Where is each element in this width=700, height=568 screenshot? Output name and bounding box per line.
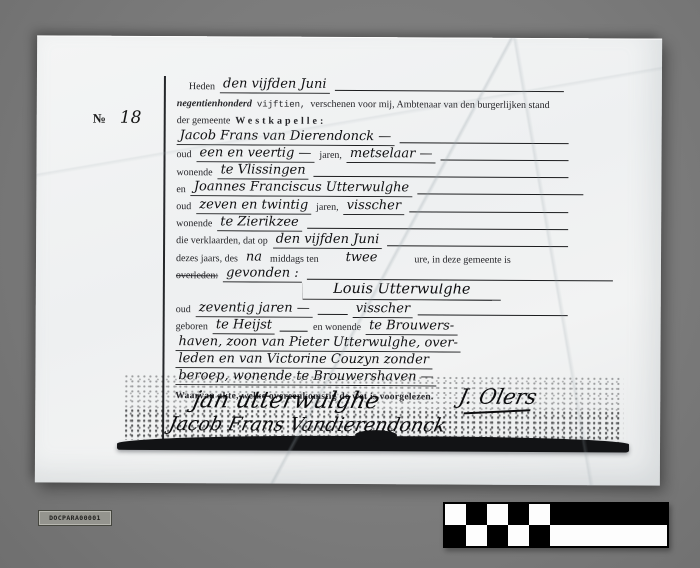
rule-fill (418, 312, 568, 316)
rule-fill (588, 198, 628, 199)
act-text-segment: en (176, 184, 186, 197)
rule-fill (314, 174, 569, 178)
act-text-segment: haven, zoon van Pieter Utterwulghe, over… (176, 335, 461, 352)
act-line: negentienhonderdvijftien,verschenen voor… (177, 93, 629, 113)
act-text-segment: dezes jaars, des (176, 253, 238, 266)
act-text-segment: den vijfden Juni (273, 232, 383, 249)
act-text-segment: zeventig jaren — (196, 301, 313, 318)
rule-fill (307, 225, 568, 229)
act-line: wonendete Vlissingen (176, 162, 628, 182)
signature-witness-2: Jacob Frans Vandierendonck (167, 413, 448, 436)
signature-witness-1: jan utterwulghe (190, 387, 382, 414)
rule-fill (385, 265, 409, 266)
act-text-segment: geboren (176, 321, 208, 334)
act-text-segment: een en veertig — (197, 146, 315, 163)
act-text-segment: Jacob Frans van Dierendonck — (177, 129, 395, 146)
act-text-segment: leden en van Victorine Couzyn zonder (175, 352, 432, 369)
rule-fill (307, 277, 613, 282)
number-sign: № (93, 111, 106, 126)
calibration-cell (550, 525, 667, 546)
act-text-segment: visscher (344, 198, 404, 214)
act-text-segment: metselaar — (347, 147, 436, 163)
calibration-cell (508, 525, 529, 546)
act-text-segment: Heden (189, 81, 215, 94)
rule-fill (387, 243, 568, 247)
act-text-segment: te Heijst (213, 318, 275, 334)
calibration-cell (508, 504, 529, 525)
act-line: die verklaarden, dat opden vijfden Juni (176, 231, 628, 251)
calibration-cell (487, 504, 508, 525)
scan-background: № 18 Hedenden vijfden Juninegentienhonde… (0, 0, 700, 568)
rule-fill (409, 209, 568, 213)
document-paper: № 18 Hedenden vijfden Juninegentienhonde… (35, 35, 662, 485)
act-text-segment: jaren, (319, 150, 342, 163)
act-text-segment: overleden: (176, 270, 218, 283)
calibration-cell (445, 525, 466, 546)
act-text-segment: wonende (176, 218, 212, 231)
rule-fill (280, 328, 308, 331)
act-text-segment: vijftien, (257, 100, 306, 112)
act-text-segment: oud (176, 304, 191, 317)
act-text-segment: twee (343, 251, 381, 266)
calibration-cell (550, 504, 667, 525)
act-text-segment: der gemeente (177, 115, 231, 128)
rule-fill (618, 284, 628, 285)
calibration-cell (529, 525, 550, 546)
act-line: overleden:gevonden : (176, 265, 628, 285)
act-line: geborente Heijsten wonendete Brouwers- (176, 317, 628, 337)
act-text-segment: verschenen voor mij, Ambtenaar van den b… (310, 99, 549, 113)
act-line: Jacob Frans van Dierendonck — (177, 128, 629, 148)
act-line: enJoannes Franciscus Utterwulghe (176, 179, 628, 199)
act-text-segment: oud (177, 150, 192, 163)
act-text-segment: ure, in deze gemeente is (414, 254, 510, 267)
calibration-cell (487, 525, 508, 546)
act-text-segment: negentienhonderd (177, 98, 252, 111)
calibration-cell (445, 504, 466, 525)
act-text-segment: Westkapelle: (235, 115, 326, 128)
act-text-segment: die verklaarden, dat op (176, 235, 268, 248)
act-line: oudzeventig jaren —visscher (176, 300, 628, 320)
catalog-label: DOCPARA00001 (38, 510, 112, 526)
signature-registrar: J. Olers (457, 385, 540, 409)
act-line: Hedenden vijfden Juni (177, 76, 629, 96)
act-text-segment: den vijfden Juni (220, 78, 330, 95)
act-line: oudeen en veertig —jaren,metselaar — (177, 145, 629, 165)
rule-fill (324, 265, 338, 266)
calibration-cell (529, 504, 550, 525)
calibration-cell (466, 525, 487, 546)
act-text-segment: te Vlissingen (218, 163, 309, 179)
act-text-segment: middags ten (270, 253, 319, 266)
rule-fill (441, 157, 569, 161)
act-text-segment: Joannes Franciscus Utterwulghe (191, 180, 412, 197)
act-line: leden en van Victorine Couzyn zonder (175, 351, 627, 371)
act-text: Hedenden vijfden Juninegentienhonderdvij… (175, 76, 629, 405)
act-number-value: 18 (120, 108, 142, 128)
act-text-segment: gevonden : (223, 267, 302, 283)
act-line: der gemeenteWestkapelle: (177, 110, 629, 130)
calibration-cell (466, 504, 487, 525)
act-line: wonendete Zierikzee (176, 214, 628, 234)
act-text-segment: oud (176, 201, 191, 214)
act-number: № 18 (93, 108, 142, 128)
act-text-segment: en wonende (313, 322, 361, 335)
act-text-segment: zeven en twintig (196, 198, 311, 215)
act-text-segment: wonende (176, 167, 212, 180)
act-line: oudzeven en twintigjaren,visscher (176, 196, 628, 216)
rule-fill (334, 88, 563, 92)
act-text-segment: Louis Utterwulghe (303, 282, 500, 301)
calibration-strip (443, 502, 669, 548)
act-line: haven, zoon van Pieter Utterwulghe, over… (176, 334, 628, 354)
act-text-segment: na (243, 251, 265, 266)
act-text-segment: te Brouwers- (366, 319, 457, 335)
act-text-segment: te Zierikzee (217, 215, 302, 231)
calibration-row (445, 525, 667, 546)
act-line: dezes jaars, desnamiddags tentweeure, in… (176, 248, 628, 268)
act-text-segment: jaren, (316, 202, 339, 215)
rule-fill (399, 140, 568, 144)
act-text-segment: visscher (353, 302, 413, 318)
rule-fill (417, 192, 583, 196)
rule-fill (318, 311, 348, 314)
calibration-row (445, 504, 667, 525)
